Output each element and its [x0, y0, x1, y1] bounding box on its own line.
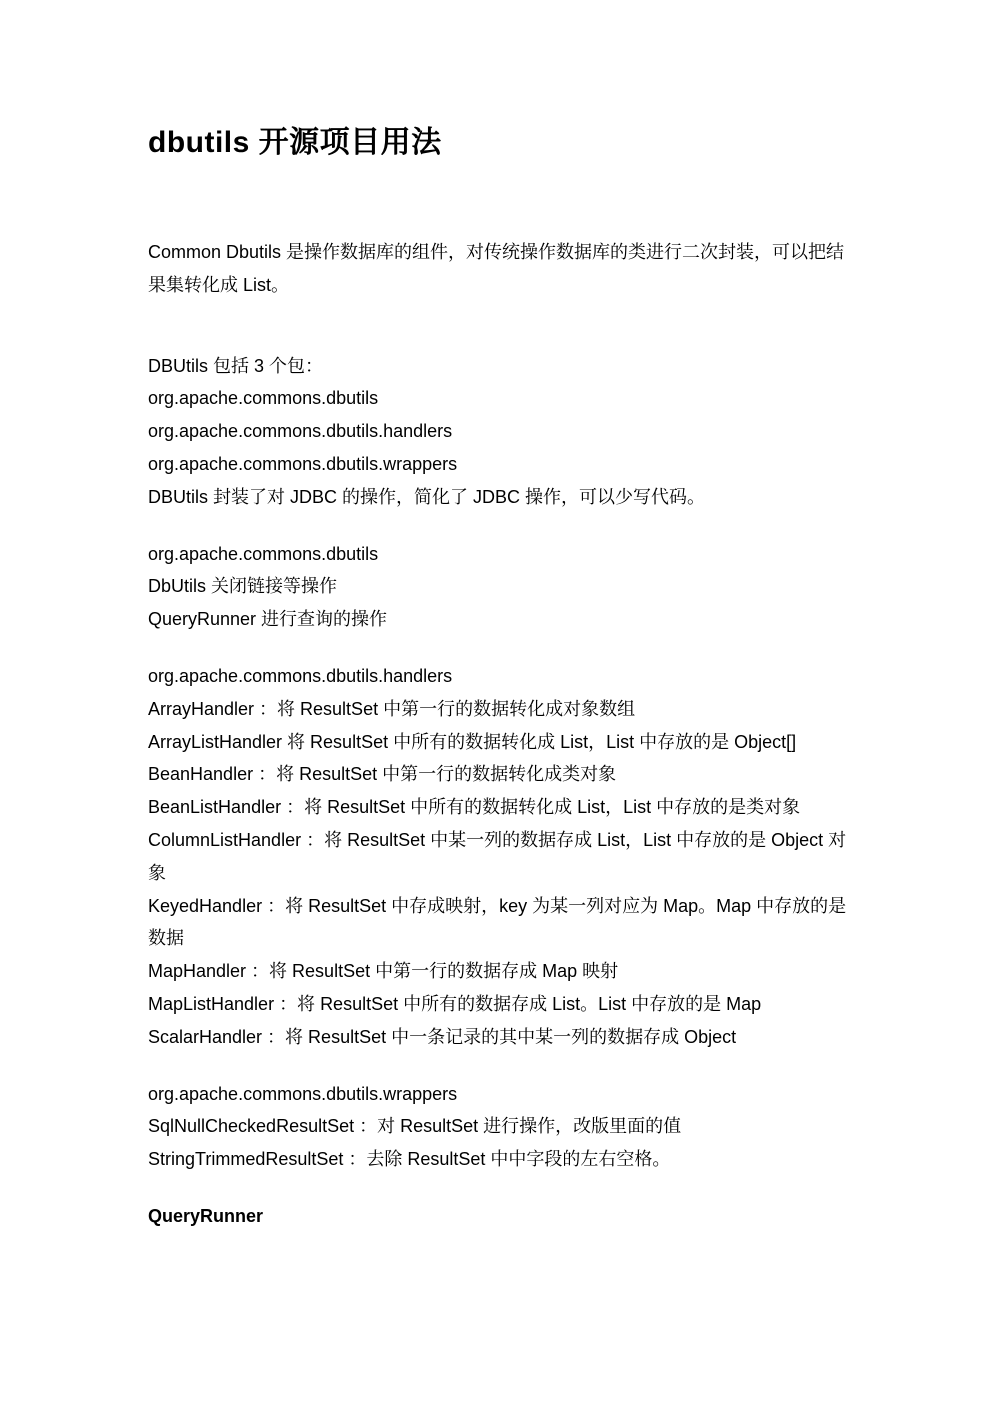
- paragraph: SqlNullCheckedResultSet ：对 ResultSet 进行操…: [148, 1110, 849, 1143]
- paragraph: QueryRunner 进行查询的操作: [148, 603, 849, 636]
- paragraph: ArrayListHandler 将 ResultSet 中所有的数据转化成 L…: [148, 726, 849, 759]
- paragraph: org.apache.commons.dbutils: [148, 538, 849, 571]
- document-title: dbutils 开源项目用法: [148, 120, 849, 166]
- paragraph: DBUtils 封装了对 JDBC 的操作，简化了 JDBC 操作，可以少写代码…: [148, 481, 849, 514]
- document-page: dbutils 开源项目用法 Common Dbutils 是操作数据库的组件，…: [0, 0, 993, 1404]
- paragraph: MapListHandler ：将 ResultSet 中所有的数据存成 Lis…: [148, 988, 849, 1021]
- paragraph: ColumnListHandler ：将 ResultSet 中某一列的数据存成…: [148, 824, 849, 890]
- blank-line: [148, 212, 849, 236]
- blank-line: [148, 326, 849, 350]
- paragraph: StringTrimmedResultSet ：去除 ResultSet 中中字…: [148, 1143, 849, 1176]
- blank-line: [148, 514, 849, 538]
- paragraph: org.apache.commons.dbutils.handlers: [148, 660, 849, 693]
- paragraph: Common Dbutils 是操作数据库的组件，对传统操作数据库的类进行二次封…: [148, 236, 849, 302]
- blank-line: [148, 1176, 849, 1200]
- document-body: Common Dbutils 是操作数据库的组件，对传统操作数据库的类进行二次封…: [148, 212, 849, 1233]
- paragraph: KeyedHandler ：将 ResultSet 中存成映射，key 为某一列…: [148, 890, 849, 956]
- blank-line: [148, 1054, 849, 1078]
- paragraph: ScalarHandler ：将 ResultSet 中一条记录的其中某一列的数…: [148, 1021, 849, 1054]
- paragraph: QueryRunner: [148, 1200, 849, 1233]
- paragraph: BeanListHandler ：将 ResultSet 中所有的数据转化成 L…: [148, 791, 849, 824]
- paragraph: BeanHandler ：将 ResultSet 中第一行的数据转化成类对象: [148, 758, 849, 791]
- paragraph: org.apache.commons.dbutils.handlers: [148, 415, 849, 448]
- paragraph: ArrayHandler ：将 ResultSet 中第一行的数据转化成对象数组: [148, 693, 849, 726]
- blank-line: [148, 302, 849, 326]
- paragraph: org.apache.commons.dbutils.wrappers: [148, 448, 849, 481]
- paragraph: org.apache.commons.dbutils.wrappers: [148, 1078, 849, 1111]
- blank-line: [148, 636, 849, 660]
- paragraph: DBUtils 包括 3 个包：: [148, 350, 849, 383]
- paragraph: MapHandler ：将 ResultSet 中第一行的数据存成 Map 映射: [148, 955, 849, 988]
- paragraph: org.apache.commons.dbutils: [148, 382, 849, 415]
- paragraph: DbUtils 关闭链接等操作: [148, 570, 849, 603]
